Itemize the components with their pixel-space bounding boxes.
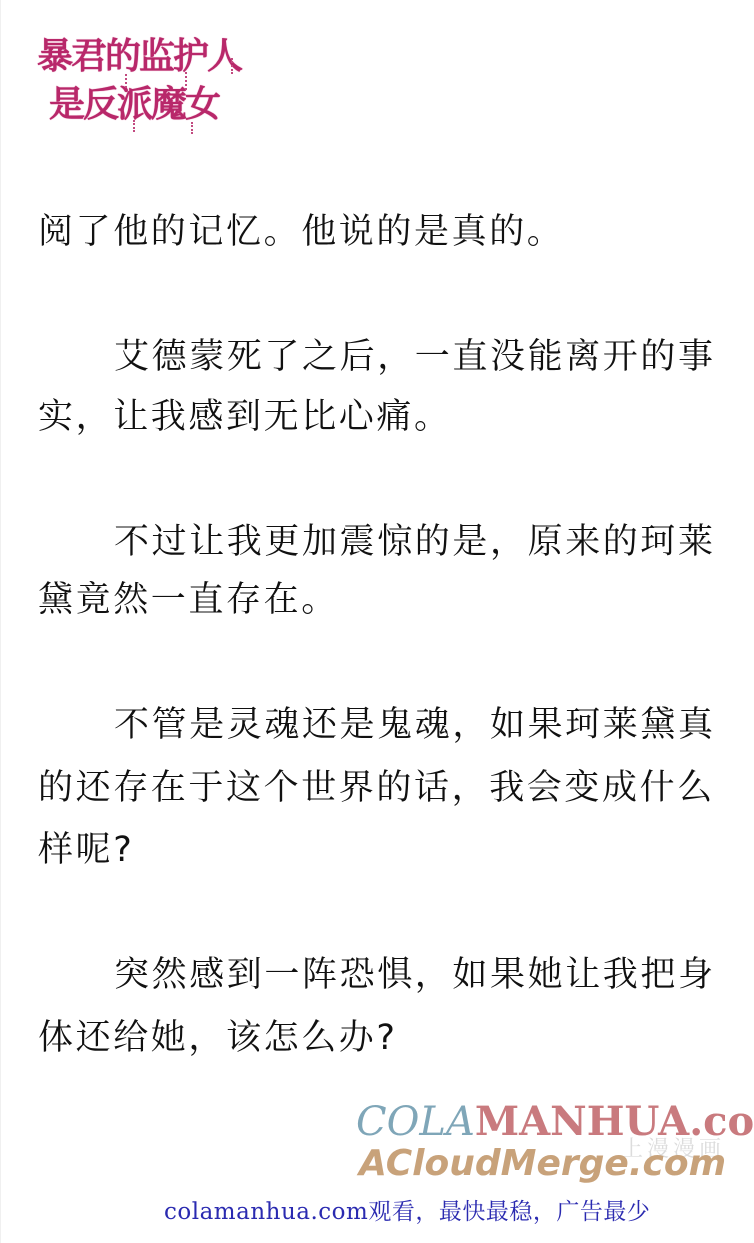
- watermark-manhua: MANHUA.com: [475, 1098, 754, 1145]
- logo-ornament-dots: [231, 58, 235, 74]
- comic-page: 暴君的监护人 是反派魔女 阅了他的记忆。他说的是真的。 艾德蒙死了之后，一直没能…: [0, 0, 754, 1243]
- story-line: 不过让我更加震惊的是，原来的珂莱: [114, 522, 716, 562]
- watermark-acloudmerge: ACloudMerge.com: [359, 1142, 726, 1186]
- footer-ad-link[interactable]: colamanhua.com观看，最快最稳，广告最少: [164, 1196, 650, 1228]
- story-line: 不管是灵魂还是鬼魂，如果珂莱黛真: [114, 705, 716, 745]
- watermark-colamanhua: COLAMANHUA.com: [356, 1100, 754, 1144]
- logo-ornament-dots: [125, 74, 129, 88]
- story-line: 艾德蒙死了之后，一直没能离开的事: [114, 337, 716, 377]
- story-line: 突然感到一阵恐惧，如果她让我把身: [114, 955, 716, 995]
- watermark-cola: COLA: [356, 1099, 475, 1145]
- series-logo: 暴君的监护人 是反派魔女: [37, 28, 267, 138]
- story-line: 阅了他的记忆。他说的是真的。: [38, 212, 564, 252]
- logo-ornament-dots: [185, 72, 189, 90]
- logo-ornament-dots: [191, 122, 195, 134]
- story-line: 样呢?: [38, 830, 134, 870]
- logo-ornament-dots: [133, 120, 137, 132]
- story-line: 实，让我感到无比心痛。: [38, 397, 452, 437]
- story-line: 的还存在于这个世界的话，我会变成什么: [38, 768, 715, 808]
- story-line: 黛竟然一直存在。: [38, 580, 339, 620]
- story-line: 体还给她，该怎么办?: [38, 1018, 398, 1058]
- logo-title-line1: 暴君的监护人: [37, 28, 241, 79]
